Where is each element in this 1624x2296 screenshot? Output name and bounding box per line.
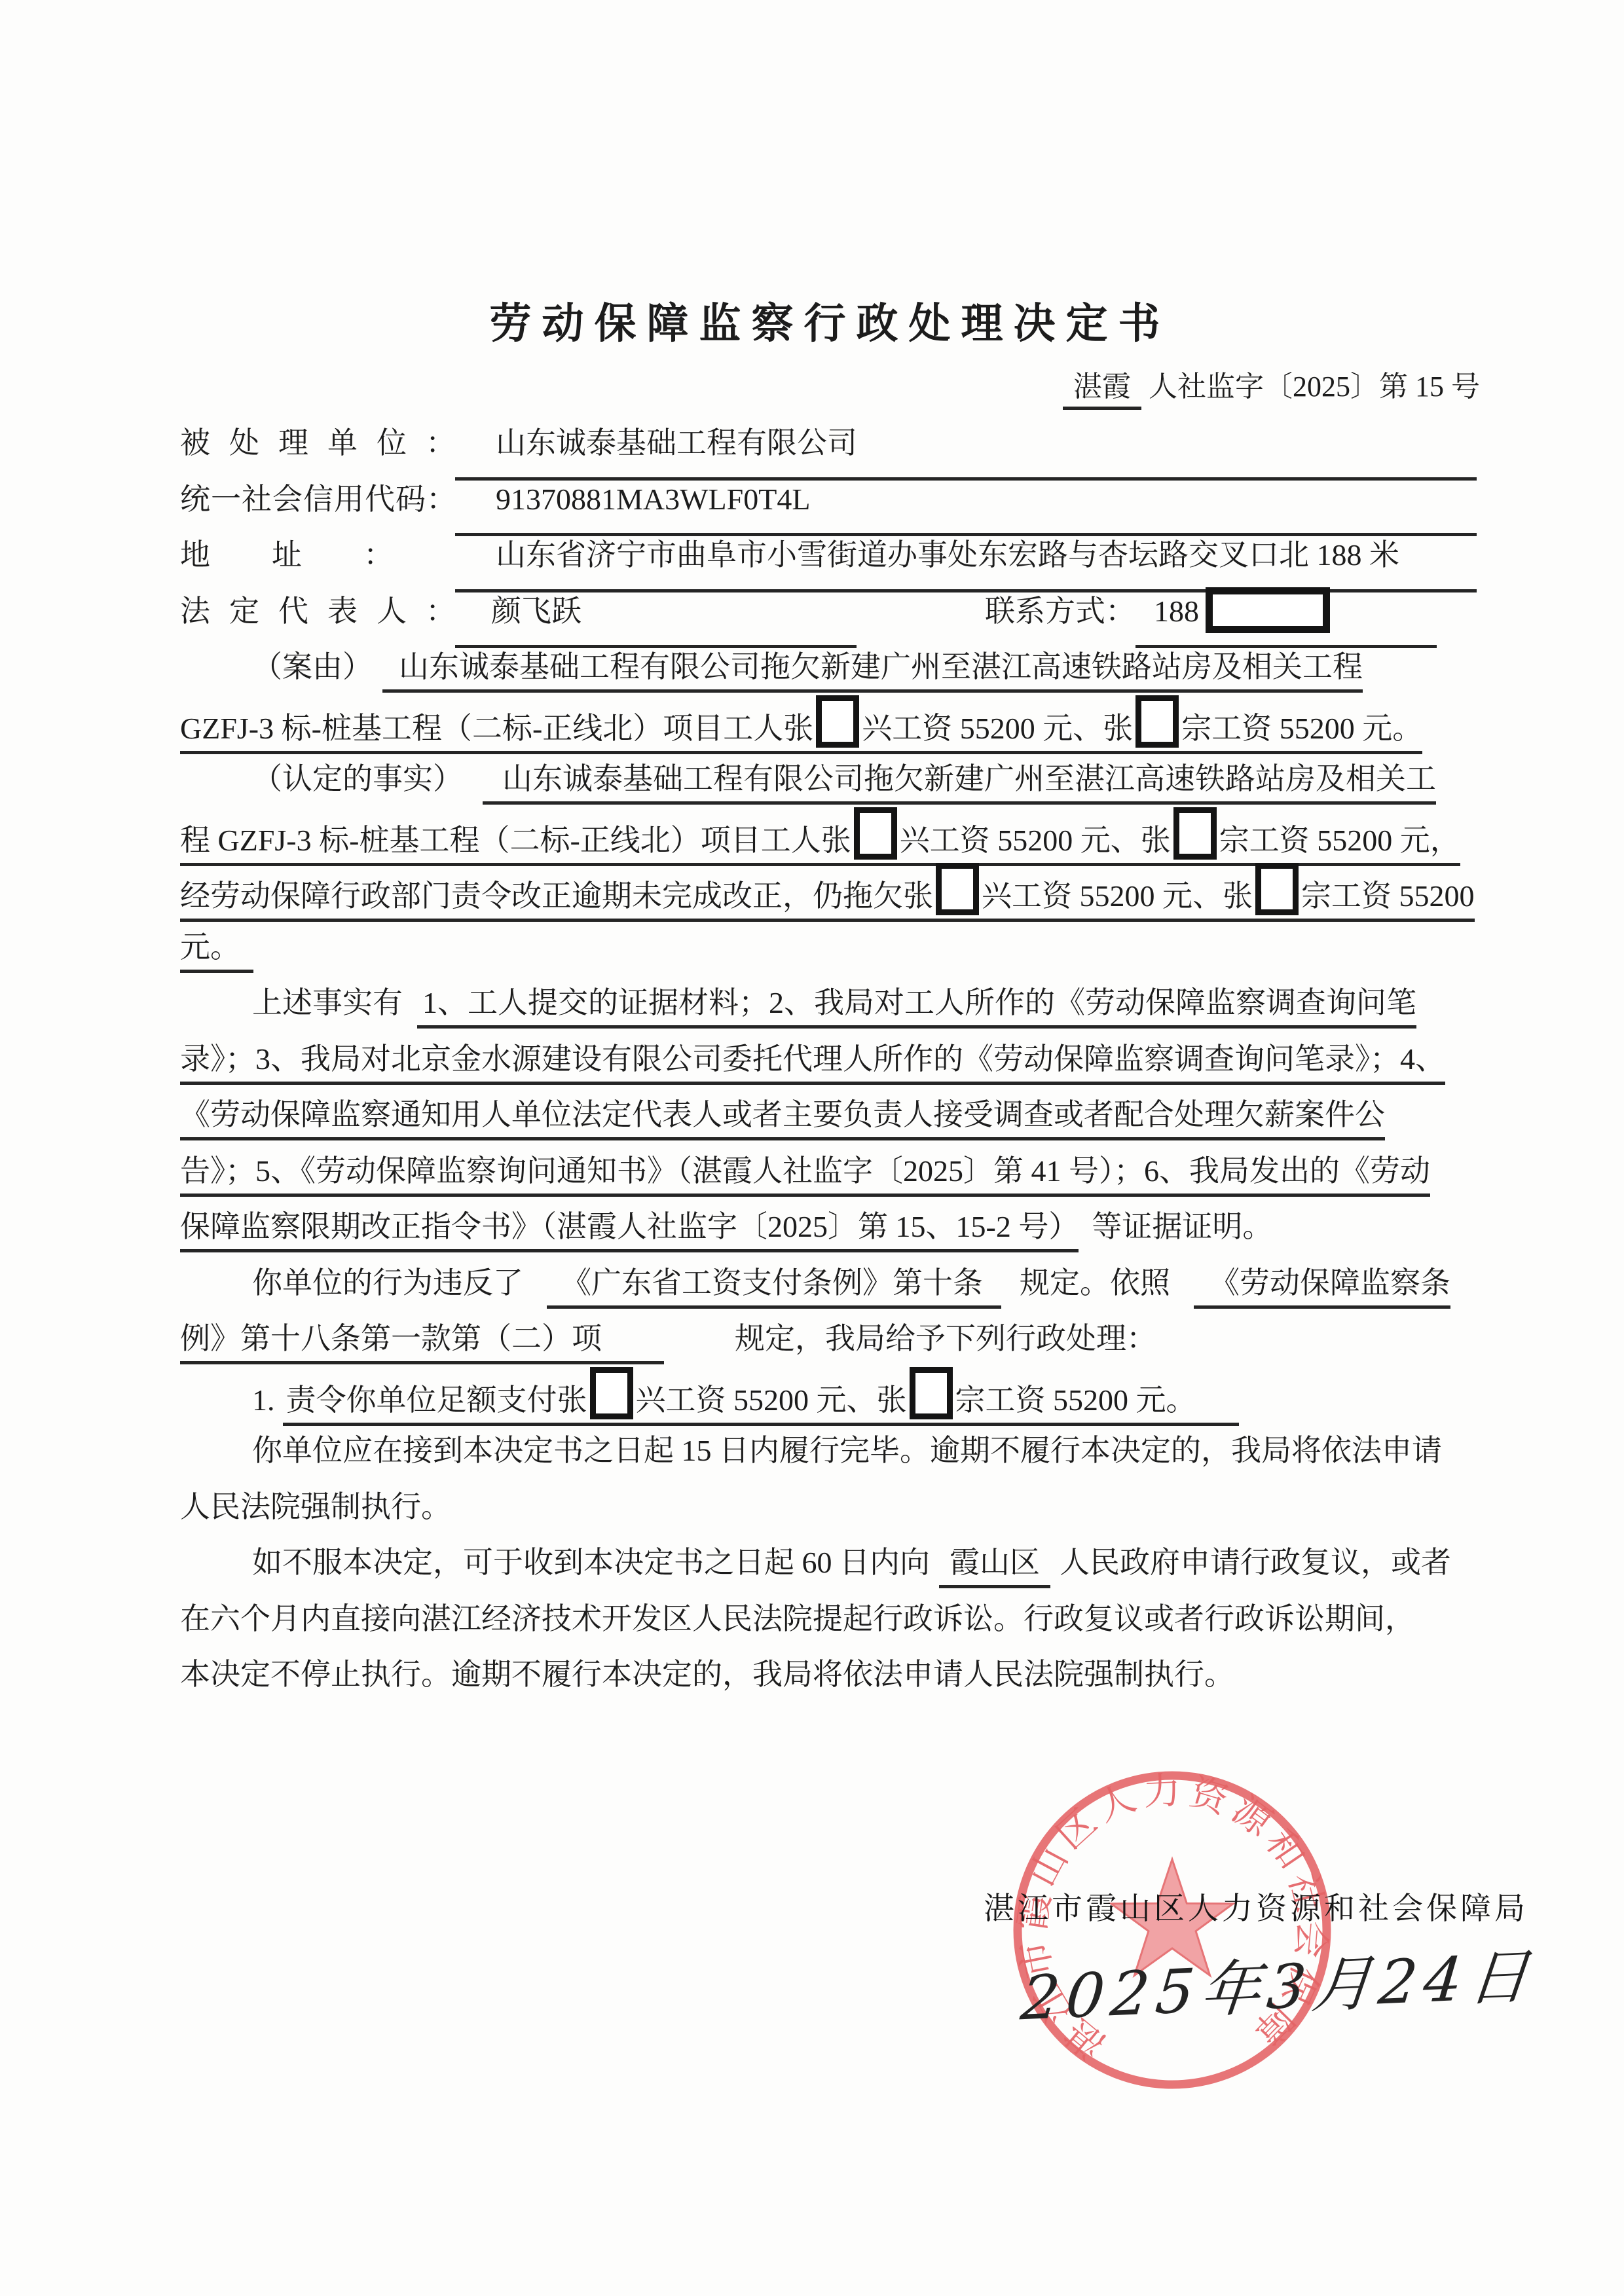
facts-text-4: 元。 xyxy=(180,930,253,973)
issuing-agency: 湛江市霞山区人力资源和社会保障局 xyxy=(984,1884,1528,1928)
doc-number-rest xyxy=(1141,371,1149,403)
cause-text-2a: GZFJ-3 标-桩基工程（二标-正线北）项目工人张 xyxy=(180,712,813,745)
cause-text-1: 山东诚泰基础工程有限公司拖欠新建广州至湛江高速铁路站房及相关工程 xyxy=(382,650,1363,693)
facts-text-3a: 经劳动保障行政部门责令改正逾期未完成改正，仍拖欠张 xyxy=(180,879,933,913)
appeal-district: 霞山区 xyxy=(939,1546,1050,1588)
evidence-line-4: 告》；5、《劳动保障监察询问通知书》（湛霞人社监字〔2025〕第 41 号）；6… xyxy=(180,1143,1480,1199)
contact-number-prefix: 188 xyxy=(1154,594,1199,628)
facts-text-2b: 兴工资 55200 元、张 xyxy=(900,824,1171,857)
evidence-text-3: 《劳动保障监察通知用人单位法定代表人或者主要负责人接受调查或者配合处理欠薪案件公 xyxy=(180,1098,1385,1140)
document-page: 劳动保障监察行政处理决定书 湛霞 人社监字〔2025〕第 15 号 被处理单位：… xyxy=(0,0,1624,2296)
evidence-text-1: 1、工人提交的证据材料；2、我局对工人所作的《劳动保障监察调查询问笔 xyxy=(417,986,1416,1029)
perform-line-1: 你单位应在接到本决定书之日起 15 日内履行完毕。逾期不履行本决定的，我局将依法… xyxy=(180,1423,1480,1479)
evidence-line-3: 《劳动保障监察通知用人单位法定代表人或者主要负责人接受调查或者配合处理欠薪案件公 xyxy=(180,1087,1480,1143)
field-label-unit: 被处理单位： xyxy=(180,415,455,471)
perform-line-2: 人民法院强制执行。 xyxy=(180,1479,1480,1535)
decision-text: 责令你单位足额支付张兴工资 55200 元、张宗工资 55200 元。 xyxy=(283,1383,1239,1426)
redaction-box xyxy=(1255,863,1299,915)
document-content: 劳动保障监察行政处理决定书 湛霞 人社监字〔2025〕第 15 号 被处理单位：… xyxy=(180,0,1480,1703)
facts-text-2c: 宗工资 55200 元， xyxy=(1219,824,1460,857)
violation-line-1: 你单位的行为违反了《广东省工资支付条例》第十条规定。依照《劳动保障监察条 xyxy=(180,1255,1480,1311)
violation-text-1a: 你单位的行为违反了 xyxy=(252,1266,523,1300)
facts-label: （认定的事实） xyxy=(252,762,463,795)
official-seal: 湛江市霞山区人力资源和社会保障局 xyxy=(1008,1763,1336,2097)
field-row-address: 地址：山东省济宁市曲阜市小雪街道办事处东宏路与杏坛路交叉口北 188 米 xyxy=(180,527,1480,583)
field-label-contact: 联系方式： xyxy=(985,583,1135,640)
cause-line-1: （案由）山东诚泰基础工程有限公司拖欠新建广州至湛江高速铁路站房及相关工程 xyxy=(180,639,1480,695)
evidence-line-1: 上述事实有1、工人提交的证据材料；2、我局对工人所作的《劳动保障监察调查询问笔 xyxy=(180,975,1480,1031)
appeal-text-1a: 如不服本决定，可于收到本决定书之日起 60 日内向 xyxy=(252,1546,930,1579)
perform-text-1: 你单位应在接到本决定书之日起 15 日内履行完毕。逾期不履行本决定的，我局将依法… xyxy=(252,1434,1442,1467)
facts-text-2: 程 GZFJ-3 标-桩基工程（二标-正线北）项目工人张兴工资 55200 元、… xyxy=(180,824,1460,866)
perform-text-2: 人民法院强制执行。 xyxy=(180,1490,451,1523)
evidence-text-5b: 等证据证明。 xyxy=(1092,1210,1272,1243)
cause-line-2: GZFJ-3 标-桩基工程（二标-正线北）项目工人张兴工资 55200 元、张宗… xyxy=(180,695,1480,752)
field-row-legal-rep: 法定代表人：颜飞跃联系方式：188 xyxy=(180,583,1480,640)
facts-text-3c: 宗工资 55200 xyxy=(1301,879,1475,913)
redaction-box xyxy=(590,1367,633,1419)
doc-number-region: 湛霞 xyxy=(1063,371,1141,410)
evidence-text-4: 告》；5、《劳动保障监察询问通知书》（湛霞人社监字〔2025〕第 41 号）；6… xyxy=(180,1154,1430,1197)
redaction-box xyxy=(910,1367,953,1419)
decision-line-1: 1.责令你单位足额支付张兴工资 55200 元、张宗工资 55200 元。 xyxy=(180,1367,1480,1423)
facts-text-2a: 程 GZFJ-3 标-桩基工程（二标-正线北）项目工人张 xyxy=(180,824,851,857)
appeal-line-3: 本决定不停止执行。逾期不履行本决定的，我局将依法申请人民法院强制执行。 xyxy=(180,1647,1480,1703)
redaction-box xyxy=(1206,587,1330,633)
facts-line-1: （认定的事实）山东诚泰基础工程有限公司拖欠新建广州至湛江高速铁路站房及相关工 xyxy=(180,751,1480,807)
field-label-address: 地址： xyxy=(180,527,455,583)
redaction-box xyxy=(854,807,897,860)
field-row-credit-code: 统一社会信用代码：91370881MA3WLF0T4L xyxy=(180,471,1480,528)
page-title: 劳动保障监察行政处理决定书 xyxy=(180,289,1480,359)
violation-law-1: 《广东省工资支付条例》第十条 xyxy=(547,1266,1001,1309)
violation-law-2a: 《劳动保障监察条 xyxy=(1194,1266,1450,1309)
cause-label: （案由） xyxy=(252,650,373,683)
facts-text-3: 经劳动保障行政部门责令改正逾期未完成改正，仍拖欠张兴工资 55200 元、张宗工… xyxy=(180,879,1475,922)
doc-number-text: 人社监字〔2025〕第 15 号 xyxy=(1149,371,1480,403)
appeal-line-1: 如不服本决定，可于收到本决定书之日起 60 日内向霞山区人民政府申请行政复议，或… xyxy=(180,1535,1480,1591)
decision-text-a: 责令你单位足额支付张 xyxy=(286,1383,587,1417)
redaction-box xyxy=(816,695,859,748)
redaction-box xyxy=(936,863,979,915)
redaction-box xyxy=(1135,695,1179,748)
appeal-text-3: 本决定不停止执行。逾期不履行本决定的，我局将依法申请人民法院强制执行。 xyxy=(180,1658,1234,1691)
facts-text-1: 山东诚泰基础工程有限公司拖欠新建广州至湛江高速铁路站房及相关工 xyxy=(483,762,1436,805)
appeal-text-2: 在六个月内直接向湛江经济技术开发区人民法院提起行政诉讼。行政复议或者行政诉讼期间… xyxy=(180,1602,1415,1635)
decision-item-number: 1. xyxy=(252,1383,275,1417)
violation-text-1c: 规定。依照 xyxy=(1020,1266,1170,1300)
field-label-legal-rep: 法定代表人： xyxy=(180,583,455,640)
violation-line-2: 例》第十八条第一款第（二）项规定，我局给予下列行政处理： xyxy=(180,1311,1480,1367)
cause-text-2: GZFJ-3 标-桩基工程（二标-正线北）项目工人张兴工资 55200 元、张宗… xyxy=(180,712,1422,754)
facts-line-2: 程 GZFJ-3 标-桩基工程（二标-正线北）项目工人张兴工资 55200 元、… xyxy=(180,807,1480,864)
cause-text-2c: 宗工资 55200 元。 xyxy=(1181,712,1422,745)
facts-line-3: 经劳动保障行政部门责令改正逾期未完成改正，仍拖欠张兴工资 55200 元、张宗工… xyxy=(180,863,1480,919)
redaction-box xyxy=(1173,807,1217,860)
evidence-line-5: 保障监察限期改正指令书》（湛霞人社监字〔2025〕第 15、15-2 号）等证据… xyxy=(180,1199,1480,1255)
appeal-text-1c: 人民政府申请行政复议，或者 xyxy=(1060,1546,1451,1579)
evidence-intro: 上述事实有 xyxy=(252,986,403,1019)
decision-text-b: 兴工资 55200 元、张 xyxy=(636,1383,907,1417)
facts-line-4: 元。 xyxy=(180,919,1480,975)
cause-text-2b: 兴工资 55200 元、张 xyxy=(862,712,1133,745)
decision-text-c: 宗工资 55200 元。 xyxy=(955,1383,1196,1417)
evidence-text-5a: 保障监察限期改正指令书》（湛霞人社监字〔2025〕第 15、15-2 号） xyxy=(180,1210,1079,1252)
violation-law-2b: 例》第十八条第一款第（二）项 xyxy=(180,1322,664,1364)
violation-text-2b: 规定，我局给予下列行政处理： xyxy=(735,1322,1156,1355)
appeal-line-2: 在六个月内直接向湛江经济技术开发区人民法院提起行政诉讼。行政复议或者行政诉讼期间… xyxy=(180,1591,1480,1647)
field-label-credit-code: 统一社会信用代码： xyxy=(180,471,455,528)
facts-text-3b: 兴工资 55200 元、张 xyxy=(982,879,1253,913)
doc-number: 湛霞 人社监字〔2025〕第 15 号 xyxy=(180,359,1480,415)
field-row-unit: 被处理单位：山东诚泰基础工程有限公司 xyxy=(180,415,1480,471)
evidence-text-2: 录》；3、我局对北京金水源建设有限公司委托代理人所作的《劳动保障监察调查询问笔录… xyxy=(180,1042,1445,1085)
evidence-line-2: 录》；3、我局对北京金水源建设有限公司委托代理人所作的《劳动保障监察调查询问笔录… xyxy=(180,1031,1480,1087)
